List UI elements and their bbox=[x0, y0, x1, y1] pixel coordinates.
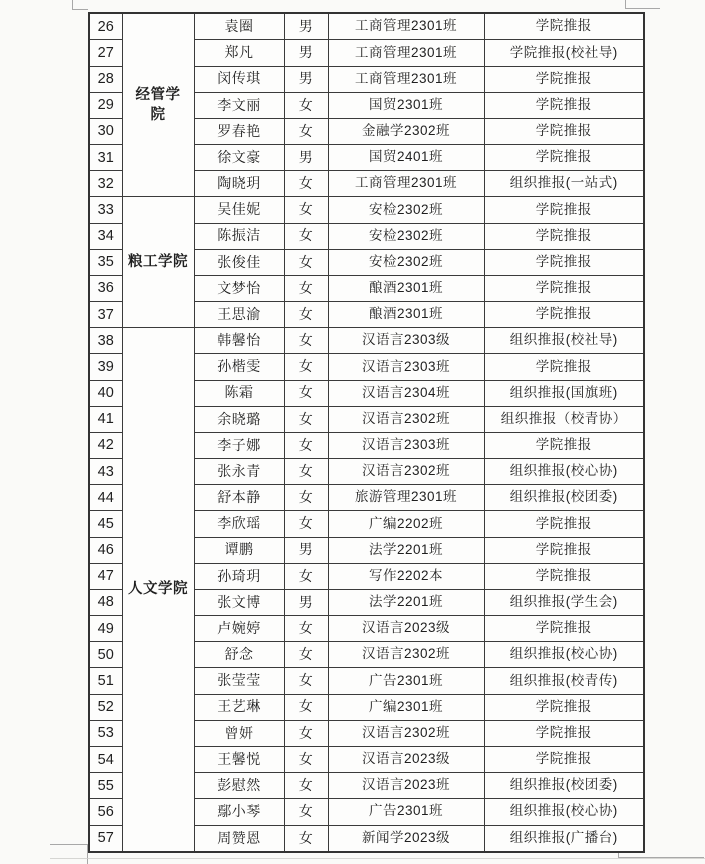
cell-row-number: 40 bbox=[89, 380, 122, 406]
cell-gender: 女 bbox=[284, 380, 328, 406]
cell-student-name: 王馨悦 bbox=[194, 747, 284, 773]
roster-table-body: 26经管学院袁圈男工商管理2301班学院推报27郑凡男工商管理2301班学院推报… bbox=[89, 13, 644, 852]
cell-class: 国贸2301班 bbox=[328, 92, 484, 118]
cell-student-name: 张俊佳 bbox=[194, 249, 284, 275]
cell-gender: 女 bbox=[284, 720, 328, 746]
cell-row-number: 31 bbox=[89, 145, 122, 171]
cell-gender: 女 bbox=[284, 223, 328, 249]
cell-row-number: 51 bbox=[89, 668, 122, 694]
cell-row-number: 37 bbox=[89, 302, 122, 328]
cell-class: 汉语言2302班 bbox=[328, 720, 484, 746]
cell-row-number: 49 bbox=[89, 616, 122, 642]
cell-gender: 女 bbox=[284, 275, 328, 301]
college-name-line: 院 bbox=[123, 105, 194, 125]
cell-gender: 女 bbox=[284, 328, 328, 354]
cell-student-name: 舒本静 bbox=[194, 485, 284, 511]
cell-student-name: 陈霜 bbox=[194, 380, 284, 406]
cell-row-number: 52 bbox=[89, 694, 122, 720]
cell-recommendation: 学院推报 bbox=[484, 354, 644, 380]
cell-row-number: 39 bbox=[89, 354, 122, 380]
cell-student-name: 韩馨怡 bbox=[194, 328, 284, 354]
cell-student-name: 张莹莹 bbox=[194, 668, 284, 694]
cell-student-name: 鄢小琴 bbox=[194, 799, 284, 825]
cell-recommendation: 学院推报 bbox=[484, 92, 644, 118]
cell-row-number: 32 bbox=[89, 171, 122, 197]
cell-recommendation: 学院推报 bbox=[484, 720, 644, 746]
cell-recommendation: 学院推报 bbox=[484, 13, 644, 40]
cell-class: 写作2202本 bbox=[328, 563, 484, 589]
cell-student-name: 吴佳妮 bbox=[194, 197, 284, 223]
cell-row-number: 57 bbox=[89, 825, 122, 852]
cell-recommendation: 学院推报 bbox=[484, 275, 644, 301]
cell-student-name: 谭鹏 bbox=[194, 537, 284, 563]
cell-class: 安检2302班 bbox=[328, 249, 484, 275]
cell-class: 工商管理2301班 bbox=[328, 66, 484, 92]
college-name-line: 经管学 bbox=[123, 85, 194, 105]
cell-student-name: 李欣瑶 bbox=[194, 511, 284, 537]
cell-student-name: 彭慰然 bbox=[194, 773, 284, 799]
cell-row-number: 27 bbox=[89, 40, 122, 66]
cell-class: 工商管理2301班 bbox=[328, 40, 484, 66]
cell-gender: 女 bbox=[284, 825, 328, 852]
cell-recommendation: 组织推报（校青协） bbox=[484, 406, 644, 432]
cell-student-name: 周赞恩 bbox=[194, 825, 284, 852]
cell-student-name: 李文丽 bbox=[194, 92, 284, 118]
cell-gender: 女 bbox=[284, 118, 328, 144]
cell-recommendation: 学院推报 bbox=[484, 302, 644, 328]
cell-row-number: 43 bbox=[89, 459, 122, 485]
cell-row-number: 35 bbox=[89, 249, 122, 275]
cell-college-name: 人文学院 bbox=[122, 328, 194, 852]
cell-recommendation: 组织推报(校心协) bbox=[484, 799, 644, 825]
margin-corner-mark-top-right bbox=[625, 0, 660, 9]
cell-recommendation: 学院推报 bbox=[484, 694, 644, 720]
cell-student-name: 卢婉婷 bbox=[194, 616, 284, 642]
cell-class: 国贸2401班 bbox=[328, 145, 484, 171]
cell-recommendation: 组织推报(一站式) bbox=[484, 171, 644, 197]
cell-student-name: 陶晓玥 bbox=[194, 171, 284, 197]
cell-student-name: 徐文豪 bbox=[194, 145, 284, 171]
cell-gender: 女 bbox=[284, 694, 328, 720]
cell-row-number: 26 bbox=[89, 13, 122, 40]
cell-class: 酿酒2301班 bbox=[328, 275, 484, 301]
cell-row-number: 36 bbox=[89, 275, 122, 301]
cell-gender: 女 bbox=[284, 668, 328, 694]
cell-recommendation: 组织推报(校心协) bbox=[484, 642, 644, 668]
cell-row-number: 34 bbox=[89, 223, 122, 249]
cell-recommendation: 学院推报 bbox=[484, 563, 644, 589]
cell-recommendation: 组织推报(广播台) bbox=[484, 825, 644, 852]
cell-student-name: 王艺琳 bbox=[194, 694, 284, 720]
cell-student-name: 孙楷雯 bbox=[194, 354, 284, 380]
cell-recommendation: 组织推报(校青传) bbox=[484, 668, 644, 694]
cell-row-number: 47 bbox=[89, 563, 122, 589]
cell-class: 汉语言2302班 bbox=[328, 642, 484, 668]
page-bottom-edge-line bbox=[50, 858, 705, 859]
cell-student-name: 郑凡 bbox=[194, 40, 284, 66]
cell-recommendation: 学院推报 bbox=[484, 432, 644, 458]
cell-college-name: 粮工学院 bbox=[122, 197, 194, 328]
cell-class: 汉语言2303班 bbox=[328, 354, 484, 380]
margin-corner-mark-top-left bbox=[72, 0, 88, 10]
cell-recommendation: 学院推报(校社导) bbox=[484, 40, 644, 66]
cell-gender: 女 bbox=[284, 406, 328, 432]
cell-class: 旅游管理2301班 bbox=[328, 485, 484, 511]
cell-gender: 男 bbox=[284, 589, 328, 615]
cell-row-number: 29 bbox=[89, 92, 122, 118]
cell-class: 金融学2302班 bbox=[328, 118, 484, 144]
table-row: 26经管学院袁圈男工商管理2301班学院推报 bbox=[89, 13, 644, 40]
cell-recommendation: 组织推报(校心协) bbox=[484, 459, 644, 485]
cell-gender: 女 bbox=[284, 563, 328, 589]
cell-student-name: 罗春艳 bbox=[194, 118, 284, 144]
cell-student-name: 张文博 bbox=[194, 589, 284, 615]
cell-student-name: 孙琦玥 bbox=[194, 563, 284, 589]
cell-recommendation: 组织推报(校社导) bbox=[484, 328, 644, 354]
cell-row-number: 33 bbox=[89, 197, 122, 223]
cell-recommendation: 组织推报(校团委) bbox=[484, 485, 644, 511]
cell-row-number: 45 bbox=[89, 511, 122, 537]
cell-class: 法学2201班 bbox=[328, 589, 484, 615]
cell-recommendation: 学院推报 bbox=[484, 747, 644, 773]
cell-class: 广告2301班 bbox=[328, 668, 484, 694]
document-page: 26经管学院袁圈男工商管理2301班学院推报27郑凡男工商管理2301班学院推报… bbox=[0, 0, 705, 864]
cell-student-name: 曾妍 bbox=[194, 720, 284, 746]
cell-gender: 女 bbox=[284, 511, 328, 537]
cell-gender: 女 bbox=[284, 197, 328, 223]
cell-class: 酿酒2301班 bbox=[328, 302, 484, 328]
cell-class: 广编2202班 bbox=[328, 511, 484, 537]
cell-recommendation: 学院推报 bbox=[484, 118, 644, 144]
cell-class: 汉语言2023级 bbox=[328, 747, 484, 773]
cell-gender: 女 bbox=[284, 432, 328, 458]
cell-gender: 女 bbox=[284, 799, 328, 825]
cell-class: 工商管理2301班 bbox=[328, 171, 484, 197]
cell-class: 汉语言2303级 bbox=[328, 328, 484, 354]
cell-gender: 男 bbox=[284, 13, 328, 40]
cell-row-number: 41 bbox=[89, 406, 122, 432]
college-name-line: 粮工学院 bbox=[123, 252, 194, 272]
margin-corner-mark-bottom-left bbox=[50, 844, 88, 864]
cell-student-name: 闵传琪 bbox=[194, 66, 284, 92]
cell-recommendation: 学院推报 bbox=[484, 197, 644, 223]
cell-gender: 男 bbox=[284, 40, 328, 66]
cell-class: 新闻学2023级 bbox=[328, 825, 484, 852]
cell-gender: 女 bbox=[284, 616, 328, 642]
cell-class: 汉语言2023班 bbox=[328, 773, 484, 799]
table-row: 33粮工学院吴佳妮女安检2302班学院推报 bbox=[89, 197, 644, 223]
cell-gender: 女 bbox=[284, 485, 328, 511]
cell-class: 法学2201班 bbox=[328, 537, 484, 563]
cell-row-number: 56 bbox=[89, 799, 122, 825]
cell-row-number: 50 bbox=[89, 642, 122, 668]
cell-recommendation: 学院推报 bbox=[484, 511, 644, 537]
cell-student-name: 余晓璐 bbox=[194, 406, 284, 432]
cell-recommendation: 学院推报 bbox=[484, 249, 644, 275]
cell-recommendation: 组织推报(国旗班) bbox=[484, 380, 644, 406]
cell-row-number: 55 bbox=[89, 773, 122, 799]
cell-gender: 男 bbox=[284, 537, 328, 563]
cell-class: 汉语言2304班 bbox=[328, 380, 484, 406]
cell-student-name: 袁圈 bbox=[194, 13, 284, 40]
cell-recommendation: 组织推报(学生会) bbox=[484, 589, 644, 615]
cell-student-name: 文梦怡 bbox=[194, 275, 284, 301]
cell-class: 汉语言2302班 bbox=[328, 459, 484, 485]
cell-class: 广告2301班 bbox=[328, 799, 484, 825]
cell-gender: 女 bbox=[284, 747, 328, 773]
cell-student-name: 张永青 bbox=[194, 459, 284, 485]
cell-row-number: 46 bbox=[89, 537, 122, 563]
cell-class: 汉语言2303班 bbox=[328, 432, 484, 458]
cell-gender: 女 bbox=[284, 92, 328, 118]
cell-recommendation: 学院推报 bbox=[484, 66, 644, 92]
cell-student-name: 王思渝 bbox=[194, 302, 284, 328]
cell-gender: 男 bbox=[284, 145, 328, 171]
cell-class: 安检2302班 bbox=[328, 197, 484, 223]
cell-student-name: 李子娜 bbox=[194, 432, 284, 458]
cell-student-name: 陈振洁 bbox=[194, 223, 284, 249]
cell-gender: 女 bbox=[284, 171, 328, 197]
cell-gender: 女 bbox=[284, 354, 328, 380]
cell-class: 汉语言2023级 bbox=[328, 616, 484, 642]
cell-recommendation: 学院推报 bbox=[484, 537, 644, 563]
cell-row-number: 38 bbox=[89, 328, 122, 354]
cell-row-number: 30 bbox=[89, 118, 122, 144]
cell-college-name: 经管学院 bbox=[122, 13, 194, 197]
cell-row-number: 44 bbox=[89, 485, 122, 511]
cell-row-number: 54 bbox=[89, 747, 122, 773]
cell-recommendation: 学院推报 bbox=[484, 145, 644, 171]
cell-class: 工商管理2301班 bbox=[328, 13, 484, 40]
cell-gender: 女 bbox=[284, 459, 328, 485]
cell-gender: 女 bbox=[284, 642, 328, 668]
cell-row-number: 53 bbox=[89, 720, 122, 746]
cell-recommendation: 学院推报 bbox=[484, 223, 644, 249]
cell-row-number: 42 bbox=[89, 432, 122, 458]
college-name-line: 人文学院 bbox=[123, 579, 194, 599]
cell-row-number: 28 bbox=[89, 66, 122, 92]
cell-gender: 女 bbox=[284, 773, 328, 799]
cell-student-name: 舒念 bbox=[194, 642, 284, 668]
student-roster-table: 26经管学院袁圈男工商管理2301班学院推报27郑凡男工商管理2301班学院推报… bbox=[88, 12, 645, 853]
cell-recommendation: 学院推报 bbox=[484, 616, 644, 642]
cell-gender: 男 bbox=[284, 66, 328, 92]
cell-class: 汉语言2302班 bbox=[328, 406, 484, 432]
cell-recommendation: 组织推报(校团委) bbox=[484, 773, 644, 799]
cell-class: 安检2302班 bbox=[328, 223, 484, 249]
cell-class: 广编2301班 bbox=[328, 694, 484, 720]
table-row: 38人文学院韩馨怡女汉语言2303级组织推报(校社导) bbox=[89, 328, 644, 354]
cell-row-number: 48 bbox=[89, 589, 122, 615]
cell-gender: 女 bbox=[284, 249, 328, 275]
cell-gender: 女 bbox=[284, 302, 328, 328]
